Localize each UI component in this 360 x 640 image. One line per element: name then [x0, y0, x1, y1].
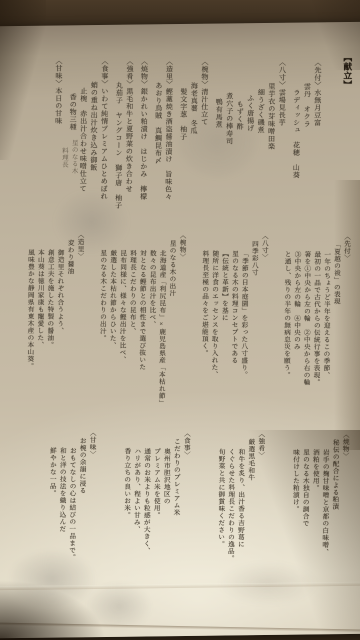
menu-line: 〈食事〉いわて純情プレミアムひとめぼれ — [98, 35, 110, 231]
commentary-line: 香り立ちの良いお米。 — [120, 428, 131, 628]
section-label: 〈焼物〉 — [338, 429, 349, 629]
commentary-line: くぐらせた料理長こだわりの逸品。 — [224, 428, 235, 628]
commentary-section-wanmono: 〈椀物〉 星のなる木の出汁 北海道産「利尻昆布」×鹿児島県産「本枯れ節」 数々の… — [96, 229, 186, 436]
paper-content: 【献立】 〈先付〉水無月豆富 雲丹 オクラ ラディッシュ 花穂 山葵 〈八寸〉雲… — [0, 0, 360, 640]
menu-line: 香の物三種 — [67, 35, 79, 231]
commentary-line: プレミアム米を使用。 — [149, 428, 160, 628]
commentary-line: 味付けした粕漬け。 — [289, 429, 300, 629]
commentary-line: 岩手の麹甘味噌と京都の白味噌、 — [318, 429, 329, 629]
menu-line: あおり烏賊 真鯛昆布〆 — [152, 36, 164, 232]
commentary-line: 通常のお米よりも粒感が大きく、 — [140, 428, 151, 628]
menu-line: 止椀 赤出汁合わせ味噌仕立て — [77, 35, 89, 231]
commentary-title: こだわりのプレミアム米 — [169, 428, 180, 628]
commentary-line: ③中央から左の輪 ④中央のみ — [290, 231, 301, 437]
commentary-line: 星のなる木こだわりの出汁。 — [96, 229, 107, 435]
menu-line: 雲丹 オクラ — [301, 37, 313, 233]
menu-section-kanmi: 〈甘味〉本日の甘味 — [52, 35, 64, 231]
menu-line: 鴨有馬煮 — [213, 36, 225, 232]
commentary-line: 旬野菜と共に御賞味ください。 — [214, 428, 225, 628]
commentary-line: と通し、残りの半年の無病息災を願う。 — [280, 231, 291, 437]
menu-line: 細うざく磯煮 — [255, 37, 267, 233]
section-label: 〈食事〉 — [179, 428, 190, 628]
section-label: 〈造里〉 — [73, 229, 84, 435]
commentary-line: 箸を①中央から左の輪 ②中央から右の輪 — [300, 231, 311, 437]
commentary-section-tsukuri: 〈造里〉 変わり醤油 御造里それぞれ合うよう、 創意工夫を施した特製の醤油。 本… — [23, 229, 84, 435]
commentary-title: 変わり醤油 — [63, 229, 74, 435]
commentary-line: 一年のちょうど半年を迎えるこの季節、 — [320, 231, 331, 437]
section-label: 〈八寸〉 — [257, 231, 268, 437]
section-label: 〈甘味〉 — [85, 427, 96, 627]
menu-line: 蛸の重ね出汁炊き込み御飯 — [88, 35, 100, 231]
menu-section-shokuji: 〈食事〉いわて純情プレミアムひとめぼれ 蛸の重ね出汁炊き込み御飯 止椀 赤出汁合… — [67, 35, 110, 231]
commentary-section-yakimono: 〈焼物〉 秘伝の配合による粕漬 岩手の麹甘味噌と京都の白味噌、 酒粕を使用。 星… — [289, 429, 350, 629]
commentary-title: お椀の余韻に浸る — [75, 427, 86, 627]
dish-name: 本日の甘味 — [55, 87, 63, 125]
dish-name: 清汁仕立て — [201, 88, 209, 126]
menu-line: 〈焼物〉銀かれい粕漬け はじかみ 檸檬 — [138, 36, 150, 232]
section-label: 〈強肴〉 — [254, 429, 265, 629]
commentary-line: 「季節の日本庭園」を彩った八寸盛り。 — [237, 230, 248, 436]
menu-line: もずく酢 — [234, 36, 246, 232]
menu-line: 〈先付〉水無月豆富 — [311, 37, 323, 233]
section-label: 〈食事〉 — [101, 57, 109, 87]
section-label: 〈焼物〉 — [140, 58, 148, 88]
section-label: 〈八寸〉 — [278, 59, 286, 89]
commentary-line: 和牛を炙り、出汁香る吉野葛に — [234, 428, 245, 628]
commentary-title: 秘伝の配合による粕漬 — [328, 429, 339, 629]
menu-line: ラディッシュ 花穂 山葵 — [290, 37, 302, 233]
commentary-title: 四季彩八寸 — [247, 230, 258, 436]
section-label: 〈造里〉 — [165, 58, 173, 88]
menu-page: 【献立】 〈先付〉水無月豆富 雲丹 オクラ ラディッシュ 花穂 山葵 〈八寸〉雲… — [41, 35, 354, 233]
dish-name: いわて純情プレミアムひとめぼれ — [100, 87, 109, 200]
chef-title: 料理長 — [59, 139, 69, 174]
dish-name: 鰹藁焼き酒盗醤油漬け 旨味色々 — [165, 88, 174, 201]
commentary-section-shokuji: 〈食事〉 こだわりのプレミアム米 奥州市胆沢地区の プレミアム米を使用。 通常の… — [120, 428, 191, 628]
menu-line: 里芋衣の芽味噌田楽 — [265, 37, 277, 233]
commentary-title: 星のなる木の出汁 — [165, 230, 176, 436]
section-label: 〈強肴〉 — [126, 58, 134, 88]
commentary-line: 御造里それぞれ合うよう、 — [53, 229, 64, 435]
commentary-line: 最初の一品で古代からの伝統行事を表現。 — [310, 231, 321, 437]
menu-line: 〈甘味〉本日の甘味 — [52, 35, 64, 231]
commentary-line: 北海道産「利尻昆布」×鹿児島県産「本枯れ節」 — [155, 230, 166, 436]
menu-section-shiizakana: 〈強肴〉黒毛和牛と夏野菜の炊き合わせ 丸茄子 ヤングコーン 獅子唐 柚子 — [113, 36, 135, 232]
menu-section-sakizuke: 〈先付〉水無月豆富 雲丹 オクラ ラディッシュ 花穂 山葵 — [290, 37, 323, 233]
commentary-line: 厳選した本枯れ節からひいた、 — [106, 229, 117, 435]
menu-section-yakimono: 〈焼物〉銀かれい粕漬け はじかみ 檸檬 — [138, 36, 150, 232]
commentary-title: 厳選黒毛和牛 — [244, 428, 255, 628]
menu-line: ふく唐揚げ — [244, 36, 256, 232]
restaurant-signature: 星のなる木 料理長 — [59, 139, 79, 174]
section-label: 〈椀物〉 — [175, 230, 186, 436]
photo-of-menu: 【献立】 〈先付〉水無月豆富 雲丹 オクラ ラディッシュ 花穂 山葵 〈八寸〉雲… — [0, 0, 360, 640]
commentary-line: 料理長至極の品々をご堪能頂く。 — [198, 230, 209, 436]
dish-name: 銀かれい粕漬け はじかみ 檸檬 — [140, 88, 149, 201]
commentary-line: 料理長こだわりの昆布と、 — [125, 230, 136, 436]
commentary-title: 「夏越の祓」の表現 — [329, 231, 340, 437]
menu-line: 〈八寸〉雲場見長芋 — [276, 37, 288, 233]
menu-line: 髪文字葱 柚子 — [177, 36, 189, 232]
commentary-line: 対となる鰹節との相性まで選び抜いた — [135, 230, 146, 436]
commentary-section-shiizakana: 〈強肴〉 厳選黒毛和牛 和牛を炙り、出汁香る吉野葛に くぐらせた料理長こだわりの… — [214, 428, 265, 628]
commentary-section-kanmi: 〈甘味〉 お椀の余韻に浸る おもてなしの心は結びの一品まで。 和と洋の技法を織り… — [45, 427, 96, 627]
menu-section-tsukuri: 〈造里〉鰹藁焼き酒盗醤油漬け 旨味色々 あおり烏賊 真鯛昆布〆 — [152, 36, 174, 232]
section-label: 〈甘味〉 — [55, 57, 63, 87]
commentary-line: 本山葵は徳川家康も寵愛した、 — [33, 229, 44, 435]
menu-line: 丸茄子 ヤングコーン 獅子唐 柚子 — [113, 36, 125, 232]
commentary-line: 随所に洋食のエッセンスを取り入れた、 — [208, 230, 219, 436]
dish-name: 水無月豆富 — [314, 89, 322, 127]
commentary-line: 星のなる木の料理コンセプトである — [227, 230, 238, 436]
commentary-section-hassun: 〈八寸〉 四季彩八寸 「季節の日本庭園」を彩った八寸盛り。 星のなる木の料理コン… — [198, 230, 269, 436]
menu-section-wanmono: 〈椀物〉清汁仕立て 海老真薯 冬瓜 髪文字葱 柚子 — [177, 36, 210, 232]
section-label: 〈先付〉 — [339, 231, 350, 437]
commentary-line: 創意工夫を施した特製の醤油。 — [43, 229, 54, 435]
dish-name: 雲場見長芋 — [278, 89, 286, 127]
menu-line: 海老真薯 冬瓜 — [188, 36, 200, 232]
commentary-page-1: 〈先付〉 「夏越の祓」の表現 一年のちょうど半年を迎えるこの季節、 最初の一品で… — [15, 229, 350, 437]
menu-section-hassun: 〈八寸〉雲場見長芋 里芋衣の芽味噌田楽 細うざく磯煮 ふく唐揚げ もずく酢 煮穴… — [213, 36, 288, 233]
restaurant-name: 星のなる木 — [69, 139, 79, 174]
commentary-line: 和と洋の技法を織り込んだ — [55, 427, 66, 627]
section-label: 〈先付〉 — [314, 59, 322, 89]
commentary-line: 奥州市胆沢地区の — [159, 428, 170, 628]
commentary-line: 風味豊かな静岡県有東木産の本山葵。 — [23, 229, 34, 435]
menu-line: 〈造里〉鰹藁焼き酒盗醤油漬け 旨味色々 — [163, 36, 175, 232]
section-label: 〈椀物〉 — [201, 58, 209, 88]
menu-line: 〈強肴〉黒毛和牛と夏野菜の炊き合わせ — [123, 36, 135, 232]
menu-title: 【献立】 — [340, 37, 354, 233]
menu-line: 〈椀物〉清汁仕立て — [198, 36, 210, 232]
dish-name: 黒毛和牛と夏野菜の炊き合わせ — [125, 88, 134, 193]
commentary-line: ハリがあり、程よい甘み、 — [130, 428, 141, 628]
commentary-page-2: 〈焼物〉 秘伝の配合による粕漬 岩手の麹甘味噌と京都の白味噌、 酒粕を使用。 星… — [14, 427, 349, 629]
commentary-section-sakizuke: 〈先付〉 「夏越の祓」の表現 一年のちょうど半年を迎えるこの季節、 最初の一品で… — [280, 231, 351, 437]
menu-line: 煮穴子の棒寿司 — [223, 36, 235, 232]
commentary-line: 昆布同様に、様々な鰹出汁を比べ、 — [115, 230, 126, 436]
commentary-line: 星のなる木独自の調合で — [298, 429, 309, 629]
commentary-line: おもてなしの心は結びの一品まで。 — [65, 427, 76, 627]
